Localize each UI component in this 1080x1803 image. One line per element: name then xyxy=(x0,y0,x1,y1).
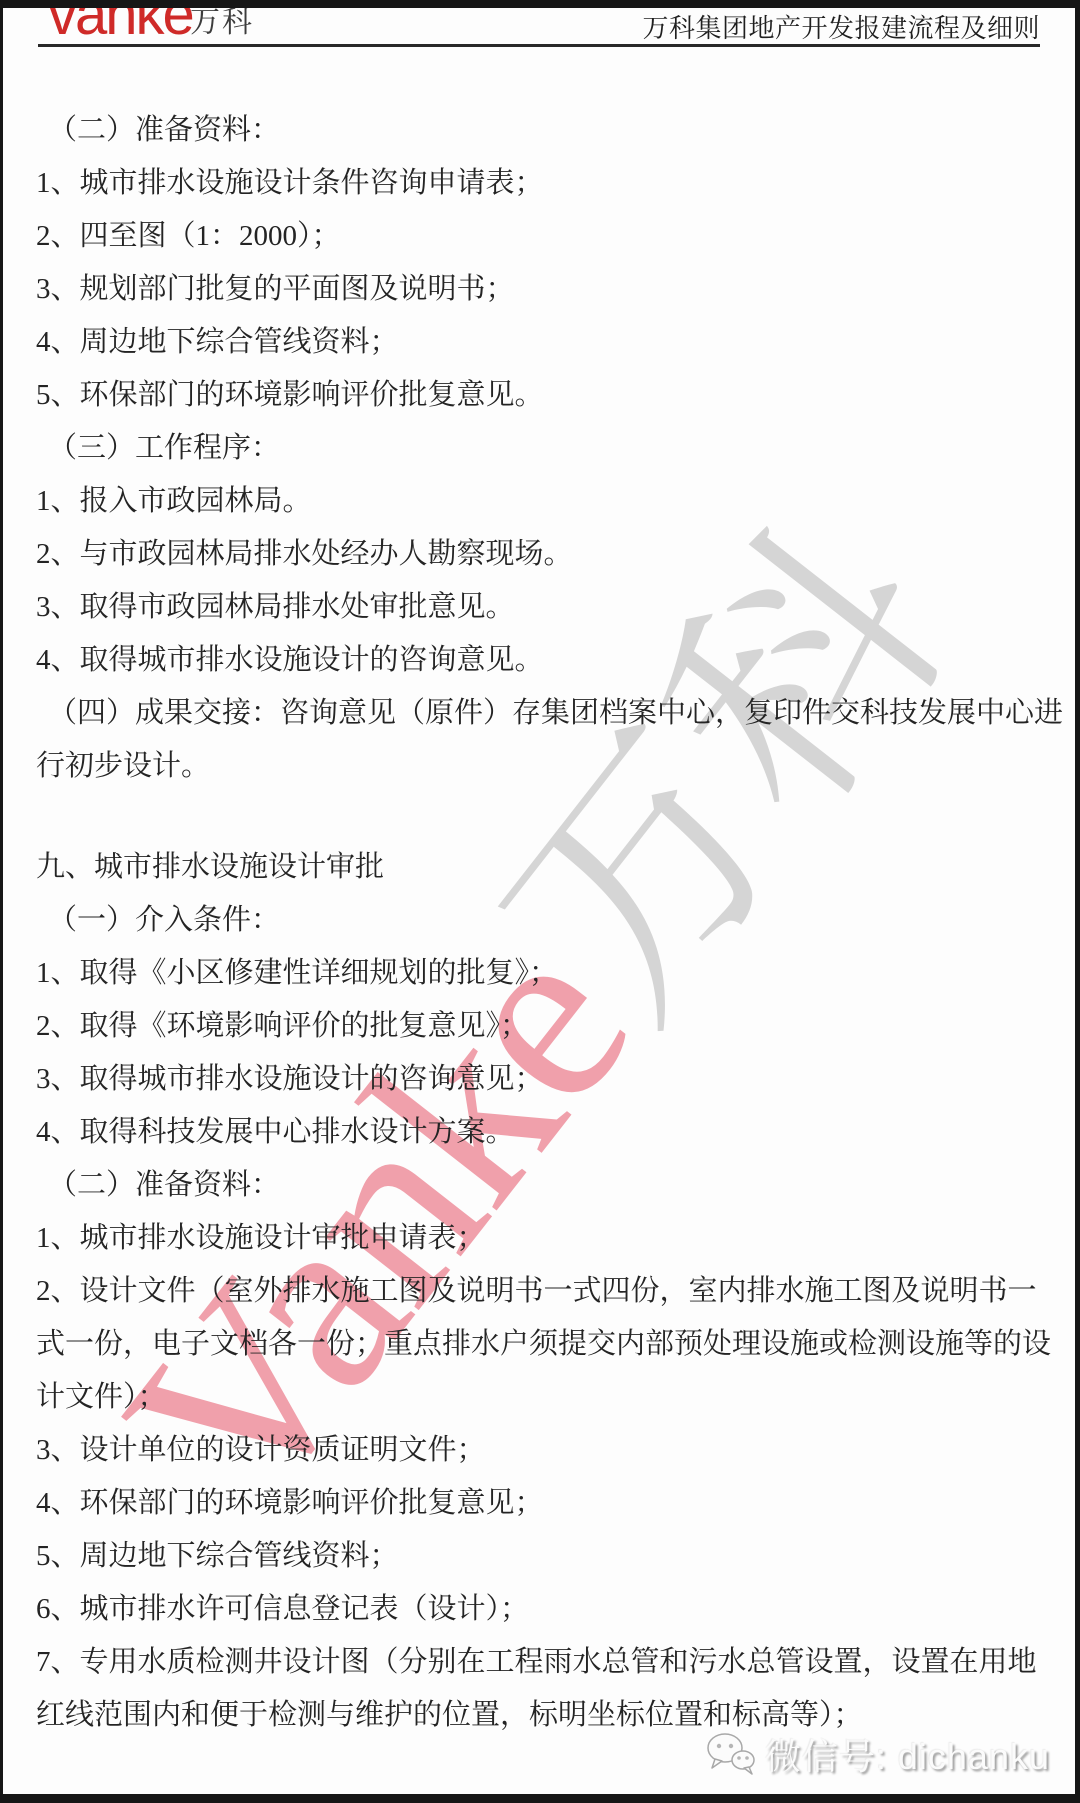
body-line: 7、专用水质检测井设计图（分别在工程雨水总管和污水总管设置，设置在用地 xyxy=(36,1636,1046,1689)
document-page: vanke 万科 万科集团地产开发报建流程及细则 Vanke万科 （二）准备资料… xyxy=(0,0,1080,1803)
wechat-id-label: 微信号: dichanku xyxy=(765,1729,1050,1780)
body-line: 1、城市排水设施设计条件咨询申请表； xyxy=(36,157,1046,210)
body-line: 计文件）； xyxy=(36,1371,1046,1424)
section-heading: 九、城市排水设施设计审批 xyxy=(36,841,1046,894)
body-line: （三）工作程序： xyxy=(36,422,1046,475)
body-line: 2、设计文件（室外排水施工图及说明书一式四份，室内排水施工图及说明书一 xyxy=(36,1265,1046,1318)
scan-edge-right xyxy=(1075,0,1080,1803)
document-body: （二）准备资料： 1、城市排水设施设计条件咨询申请表； 2、四至图（1：2000… xyxy=(36,104,1046,1742)
scan-edge-bottom xyxy=(0,1794,1080,1803)
body-line: 3、规划部门批复的平面图及说明书； xyxy=(36,263,1046,316)
document-header-title: 万科集团地产开发报建流程及细则 xyxy=(642,15,1040,44)
body-line: （二）准备资料： xyxy=(36,104,1046,157)
wechat-icon xyxy=(705,1730,757,1778)
scan-edge-left xyxy=(0,0,3,1803)
body-line: （二）准备资料： xyxy=(36,1159,1046,1212)
body-line: 3、取得城市排水设施设计的咨询意见； xyxy=(36,1053,1046,1106)
body-line: 1、城市排水设施设计审批申请表； xyxy=(36,1212,1046,1265)
scan-edge-top xyxy=(0,0,1080,8)
vanke-logo-cjk: 万科 xyxy=(190,8,254,38)
body-line: 4、取得城市排水设施设计的咨询意见。 xyxy=(36,634,1046,687)
body-line: 4、周边地下综合管线资料； xyxy=(36,316,1046,369)
body-line: 4、环保部门的环境影响评价批复意见； xyxy=(36,1477,1046,1530)
body-line: 3、设计单位的设计资质证明文件； xyxy=(36,1424,1046,1477)
body-line: （四）成果交接：咨询意见（原件）存集团档案中心，复印件交科技发展中心进 xyxy=(36,687,1046,740)
body-line: 3、取得市政园林局排水处审批意见。 xyxy=(36,581,1046,634)
body-line: 4、取得科技发展中心排水设计方案。 xyxy=(36,1106,1046,1159)
wechat-watermark: 微信号: dichanku xyxy=(705,1726,1050,1782)
body-line: 行初步设计。 xyxy=(36,740,1046,793)
body-line: 式一份，电子文档各一份；重点排水户须提交内部预处理设施或检测设施等的设 xyxy=(36,1318,1046,1371)
body-line: 2、四至图（1：2000）； xyxy=(36,210,1046,263)
body-line: 6、城市排水许可信息登记表（设计）； xyxy=(36,1583,1046,1636)
body-line: （一）介入条件： xyxy=(36,894,1046,947)
header-divider xyxy=(38,44,1040,47)
body-line: 5、周边地下综合管线资料； xyxy=(36,1530,1046,1583)
body-line: 1、报入市政园林局。 xyxy=(36,475,1046,528)
body-line: 2、取得《环境影响评价的批复意见》； xyxy=(36,1000,1046,1053)
body-line: 2、与市政园林局排水处经办人勘察现场。 xyxy=(36,528,1046,581)
body-line: 1、取得《小区修建性详细规划的批复》； xyxy=(36,947,1046,1000)
body-line: 5、环保部门的环境影响评价批复意见。 xyxy=(36,369,1046,422)
